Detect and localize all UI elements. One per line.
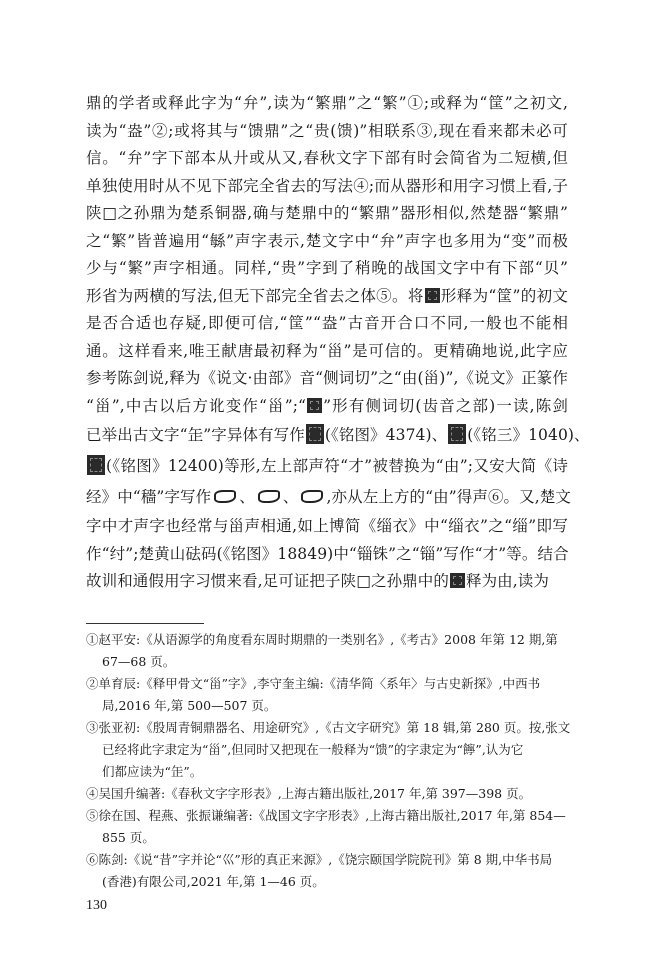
text-line: 陕□之孙鼎为楚系铜器,确与楚鼎中的“繁鼎”器形相似,然楚器“繁鼎”: [86, 200, 568, 228]
text-segment: (《铭图》4374)、: [325, 426, 447, 444]
bamboo-slip-character-image: [256, 489, 282, 504]
text-line: 已举出古文字“𦈢”字异体有写作(《铭图》4374)、(《铭三》1040)、: [86, 420, 568, 451]
text-line: 鼎的学者或释此字为“弁”,读为“繁鼎”之“繁”①;或释为“筐”之初文,: [86, 90, 568, 118]
inscription-character-image: [448, 424, 466, 444]
book-page: 鼎的学者或释此字为“弁”,读为“繁鼎”之“繁”①;或释为“筐”之初文, 读为“盎…: [0, 0, 650, 973]
text-line: 字中才声字也经常与甾声相通,如上博简《缁衣》中“缁衣”之“缁”即写: [86, 513, 568, 541]
ancient-character-image: [425, 288, 440, 303]
text-segment: 故训和通假用字习惯来看,足可证把子陕□之孙鼎中的: [86, 572, 449, 590]
text-line: 参考陈剑说,释为《说文·由部》音“侧词切”之“由(甾)”,《说文》正篆作: [86, 365, 568, 393]
footnote-6: ⑥陈剑:《说“昔”字并论“巛”形的真正来源》,《饶宗颐国学院院刊》第 8 期,中…: [86, 849, 568, 893]
bamboo-slip-character-image: [299, 489, 325, 504]
text-line: 读为“盎”②;或将其与“馈鼎”之“贵(馈)”相联系③,现在看来都未必可: [86, 118, 568, 146]
text-line: 故训和通假用字习惯来看,足可证把子陕□之孙鼎中的释为由,读为: [86, 568, 568, 596]
text-line: 经》中“穡”字写作、、,亦从左上方的“由”得声⑥。又,楚文: [86, 482, 568, 513]
page-number: 130: [86, 898, 107, 914]
text-segment: “甾”,中古以后方讹变作“甾”;“: [86, 397, 306, 415]
text-line: 作“纣”;楚黄山砝码(《铭图》18849)中“锱铢”之“锱”写作“才”等。结合: [86, 541, 568, 569]
text-line: (《铭图》12400)等形,左上部声符“才”被替换为“由”;又安大简《诗: [86, 451, 568, 482]
footnote-1: ①赵平安:《从语源学的角度看东周时期鼎的一类别名》,《考古》2008 年第 12…: [86, 629, 568, 673]
text-segment: 已举出古文字“𦈢”字异体有写作: [86, 426, 305, 444]
text-line: 通。这样看来,唯王献唐最初释为“甾”是可信的。更精确地说,此字应: [86, 338, 568, 366]
text-segment: 释为由,读为: [466, 572, 549, 590]
text-line: 少与“繁”声字相通。同样,“贵”字到了稍晚的战国文字中有下部“贝”: [86, 255, 568, 283]
text-segment: 形释为“筐”的初文: [441, 287, 568, 305]
text-line: 信。“弁”字下部本从廾或从又,春秋文字下部有时会简省为二短横,但: [86, 145, 568, 173]
footnote-4: ④吴国升编著:《春秋文字字形表》,上海古籍出版社,2017 年,第 397—39…: [86, 783, 568, 805]
text-segment: 形省为两横的写法,但无下部完全省去之体⑤。将: [86, 287, 424, 305]
text-line: 单独使用时从不见下部完全省去的写法④;而从器形和用字习惯上看,子: [86, 173, 568, 201]
text-segment: (《铭图》12400)等形,左上部声符“才”被替换为“由”;又安大简《诗: [106, 457, 568, 475]
main-text: 鼎的学者或释此字为“弁”,读为“繁鼎”之“繁”①;或释为“筐”之初文, 读为“盎…: [86, 90, 568, 596]
text-segment: 、: [283, 488, 299, 506]
text-line: 之“繁”皆普遍用“緐”声字表示,楚文字中“弁”声字也多用为“变”而极: [86, 228, 568, 256]
text-segment: ,亦从左上方的“由”得声⑥。又,楚文: [326, 488, 571, 506]
footnotes: ①赵平安:《从语源学的角度看东周时期鼎的一类别名》,《考古》2008 年第 12…: [86, 629, 568, 893]
inscription-character-image: [87, 455, 105, 475]
text-segment: ”形有侧词切(齿音之部)一读,陈剑: [323, 397, 568, 415]
footnote-5: ⑤徐在国、程燕、张振谦编著:《战国文字字形表》,上海古籍出版社,2017 年,第…: [86, 805, 568, 849]
bamboo-slip-character-image: [212, 489, 238, 504]
text-line: “甾”,中古以后方讹变作“甾”;“”形有侧词切(齿音之部)一读,陈剑: [86, 393, 568, 421]
text-line: 形省为两横的写法,但无下部完全省去之体⑤。将形释为“筐”的初文: [86, 283, 568, 311]
footnote-2: ②单育辰:《释甲骨文“甾”字》,李守奎主编:《清华简〈系年〉与古史新探》,中西书…: [86, 673, 568, 717]
inscription-character-image: [306, 424, 324, 444]
ancient-character-image: [307, 398, 322, 413]
text-line: 是否合适也存疑,即便可信,“筐”“盎”古音开合口不同,一般也不能相: [86, 310, 568, 338]
text-segment: 经》中“穡”字写作: [86, 488, 211, 506]
ancient-character-image: [450, 573, 465, 588]
text-segment: (《铭三》1040)、: [467, 426, 589, 444]
footnote-3: ③张亚初:《殷周青铜鼎器名、用途研究》,《古文字研究》第 18 辑,第 280 …: [86, 717, 568, 783]
text-segment: 、: [239, 488, 255, 506]
footnote-divider: [86, 623, 204, 624]
